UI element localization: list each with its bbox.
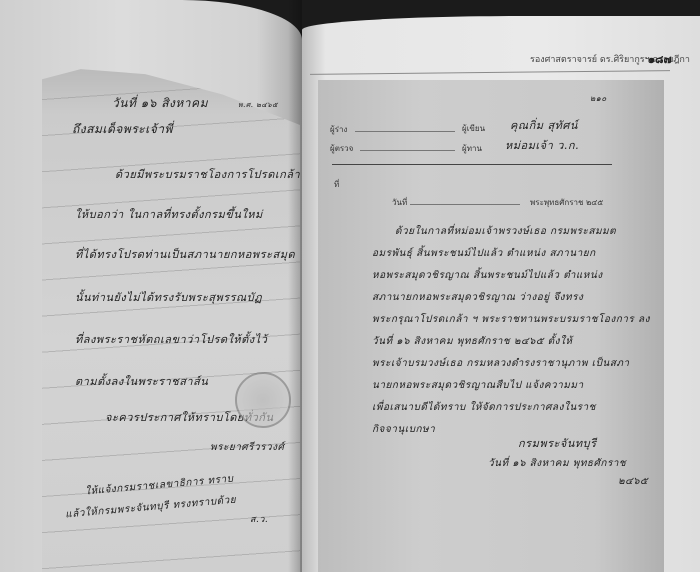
open-book-photo: วันที่ ๑๖ สิงหาคม พ.ศ. ๒๔๖๕ ถึงสมเด็จพระ… [0,0,700,572]
date-line [410,204,520,205]
letter-body-line: พระกรุณาโปรดเกล้า ฯ พระราชทานพระบรมราชโอ… [372,312,650,327]
corner-mark: ๒๑๐ [590,92,607,105]
form-line [355,131,455,132]
left-body-line: ตามตั้งลงในพระราชสาส์น [75,372,208,390]
letter-signature: กรมพระจันทบุรี [518,434,597,452]
signature-year: ๒๔๖๕ [618,474,648,489]
left-body-line: ด้วยมีพระบรมราชโองการโปรดเกล้า [115,165,300,183]
left-signature: พระยาศรีวรวงศ์ [210,440,284,455]
date-label: วันที่ [392,196,407,209]
form-label: ผู้เขียน [462,122,485,135]
signature-date: วันที่ ๑๖ สิงหาคม พุทธศักราช [488,456,626,471]
letter-body-line: พระเจ้าบรมวงษ์เธอ กรมหลวงดำรงราชานุภาพ เ… [372,356,630,371]
left-page: วันที่ ๑๖ สิงหาคม พ.ศ. ๒๔๖๕ ถึงสมเด็จพระ… [0,0,302,572]
left-salutation: ถึงสมเด็จพระเจ้าพี่ [72,120,173,139]
left-body-line: ให้บอกว่า ในกาลที่ทรงตั้งกรมขึ้นใหม่ [75,205,263,223]
letter-body-line: หอพระสมุดวชิรญาณ สิ้นพระชนม์ไปแล้ว ตำแหน… [372,268,603,283]
left-date-line: วันที่ ๑๖ สิงหาคม [112,94,208,113]
letter-body-line: เพื่อเสนาบดีได้ทราบ ให้จัดการประกาศลงในร… [372,400,596,415]
letter-body-line: กิจจานุเบกษา [372,422,435,437]
ruled-lines [42,64,300,572]
left-body-line: นั้นท่านยังไม่ได้ทรงรับพระสุพรรณบัฏ [75,288,262,306]
number-label: ที่ [334,178,339,191]
left-body-line: ที่ลงพระราชหัตถเลขาว่าโปรดให้ตั้งไว้ [75,330,267,348]
letter-body-line: อมรพันธุ์ สิ้นพระชนม์ไปแล้ว ตำแหน่ง สภาน… [372,246,596,261]
form-label: ผู้ร่าง [330,123,347,136]
letter-body-line: วันที่ ๑๖ สิงหาคม พุทธศักราช ๒๔๖๕ ตั้งให… [372,334,573,349]
form-value: คุณกิ่ม สุทัศน์ [510,116,578,134]
left-year: พ.ศ. ๒๔๖๕ [238,100,278,111]
form-value: หม่อมเจ้า ว.ก. [505,136,579,154]
official-seal-icon [235,372,291,428]
letter-body-line: นายกหอพระสมุดวชิรญาณสืบไป แจ้งความมา [372,378,584,393]
left-postscript-initials: ส.ว. [250,512,268,526]
letter-body-line: สภานายกหอพระสมุดวชิรญาณ ว่างอยู่ จึงทรง [372,290,583,305]
letter-body-line: ด้วยในกาลที่หม่อมเจ้าพรวงษ์เธอ กรมพระสมม… [395,224,616,239]
form-label: ผู้ทาน [462,142,482,155]
form-label: ผู้ตรวจ [330,142,353,155]
left-body-line: ที่ได้ทรงโปรดท่านเป็นสภานายกหอพระสมุด [75,245,295,263]
left-letter-scan [42,64,300,572]
form-line [360,150,455,151]
divider-line [332,164,612,165]
printed-year: พระพุทธศักราช ๒๔๕ [530,196,603,209]
page-number: ๑๘๗ [648,50,672,68]
